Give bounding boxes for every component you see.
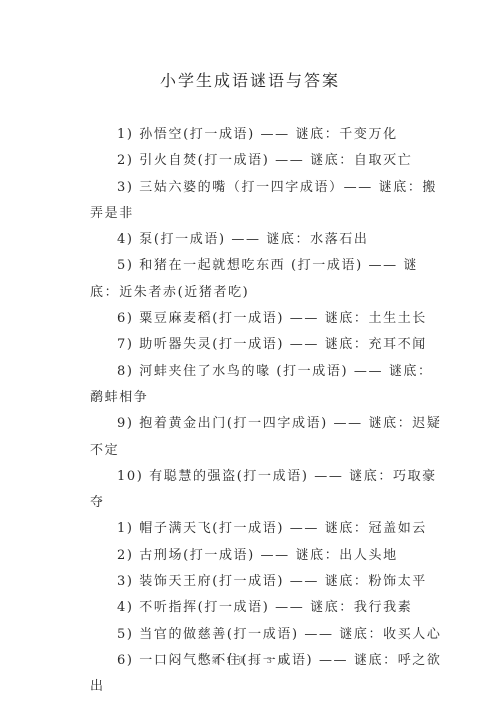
- item-text: 和猪在一起就想吃东西 (打一成语) —— 谜底：近朱者赤(近猪者吃): [90, 258, 418, 299]
- item-text: 泵(打一成语) —— 谜底：水落石出: [139, 232, 368, 247]
- riddle-item: 9) 抱着黄金出门(打一四字成语) —— 谜底：迟疑不定: [90, 411, 442, 464]
- riddle-item: 1) 孙悟空(打一成语) —— 谜底：千变万化: [90, 122, 442, 148]
- riddle-list: 1) 孙悟空(打一成语) —— 谜底：千变万化 2) 引火自焚(打一成语) ——…: [90, 122, 442, 701]
- item-number: 5): [117, 627, 134, 642]
- riddle-item: 8) 河蚌夹住了水鸟的喙 (打一成语) —— 谜底：鹬蚌相争: [90, 359, 442, 412]
- item-number: 4): [117, 600, 134, 615]
- item-text: 古刑场(打一成语) —— 谜底：出人头地: [139, 548, 397, 563]
- item-text: 三姑六婆的嘴（打一四字成语）—— 谜底：搬弄是非: [90, 180, 437, 221]
- item-text: 装饰天王府(打一成语) —— 谜底：粉饰太平: [139, 574, 427, 589]
- item-text: 孙悟空(打一成语) —— 谜底：千变万化: [139, 127, 397, 142]
- item-number: 4): [117, 232, 134, 247]
- riddle-item: 1) 帽子满天飞(打一成语) —— 谜底：冠盖如云: [90, 516, 442, 542]
- item-number: 3): [117, 574, 134, 589]
- riddle-item: 4) 泵(打一成语) —— 谜底：水落石出: [90, 227, 442, 253]
- page-footer: 第 1 页 共 3 页: [0, 655, 500, 666]
- item-text: 帽子满天飞(打一成语) —— 谜底：冠盖如云: [139, 521, 427, 536]
- riddle-item: 6) 粟豆麻麦稻(打一成语) —— 谜底：土生土长: [90, 306, 442, 332]
- item-number: 2): [117, 153, 134, 168]
- item-text: 粟豆麻麦稻(打一成语) —— 谜底：土生土长: [139, 311, 427, 326]
- riddle-item: 5) 和猪在一起就想吃东西 (打一成语) —— 谜底：近朱者赤(近猪者吃): [90, 253, 442, 306]
- item-number: 1): [117, 127, 134, 142]
- item-number: 1): [117, 521, 134, 536]
- riddle-item: 4) 不听指挥(打一成语) —— 谜底：我行我素: [90, 595, 442, 621]
- item-text: 不听指挥(打一成语) —— 谜底：我行我素: [139, 600, 412, 615]
- riddle-item: 7) 助听器失灵(打一成语) —— 谜底：充耳不闻: [90, 332, 442, 358]
- riddle-item: 3) 装饰天王府(打一成语) —— 谜底：粉饰太平: [90, 569, 442, 595]
- page-title: 小学生成语谜语与答案: [0, 68, 500, 91]
- item-number: 2): [117, 548, 134, 563]
- riddle-item: 2) 古刑场(打一成语) —— 谜底：出人头地: [90, 543, 442, 569]
- item-number: 9): [117, 416, 134, 431]
- item-text: 抱着黄金出门(打一四字成语) —— 谜底：迟疑不定: [90, 416, 442, 457]
- riddle-item: 5) 当官的做慈善(打一成语) —— 谜底：收买人心: [90, 622, 442, 648]
- item-number: 8): [117, 364, 134, 379]
- riddle-item: 10) 有聪慧的强盗(打一成语) —— 谜底：巧取豪夺: [90, 464, 442, 517]
- document-page: 小学生成语谜语与答案 1) 孙悟空(打一成语) —— 谜底：千变万化 2) 引火…: [0, 0, 500, 707]
- item-number: 3): [117, 180, 134, 195]
- item-number: 5): [117, 258, 134, 273]
- item-text: 当官的做慈善(打一成语) —— 谜底：收买人心: [139, 627, 441, 642]
- item-number: 10): [117, 469, 143, 484]
- item-number: 7): [117, 337, 134, 352]
- item-text: 助听器失灵(打一成语) —— 谜底：充耳不闻: [139, 337, 427, 352]
- riddle-item: 2) 引火自焚(打一成语) —— 谜底：自取灭亡: [90, 148, 442, 174]
- item-text: 河蚌夹住了水鸟的喙 (打一成语) —— 谜底：鹬蚌相争: [90, 364, 433, 405]
- item-number: 6): [117, 311, 134, 326]
- riddle-item: 3) 三姑六婆的嘴（打一四字成语）—— 谜底：搬弄是非: [90, 175, 442, 228]
- item-text: 引火自焚(打一成语) —— 谜底：自取灭亡: [139, 153, 412, 168]
